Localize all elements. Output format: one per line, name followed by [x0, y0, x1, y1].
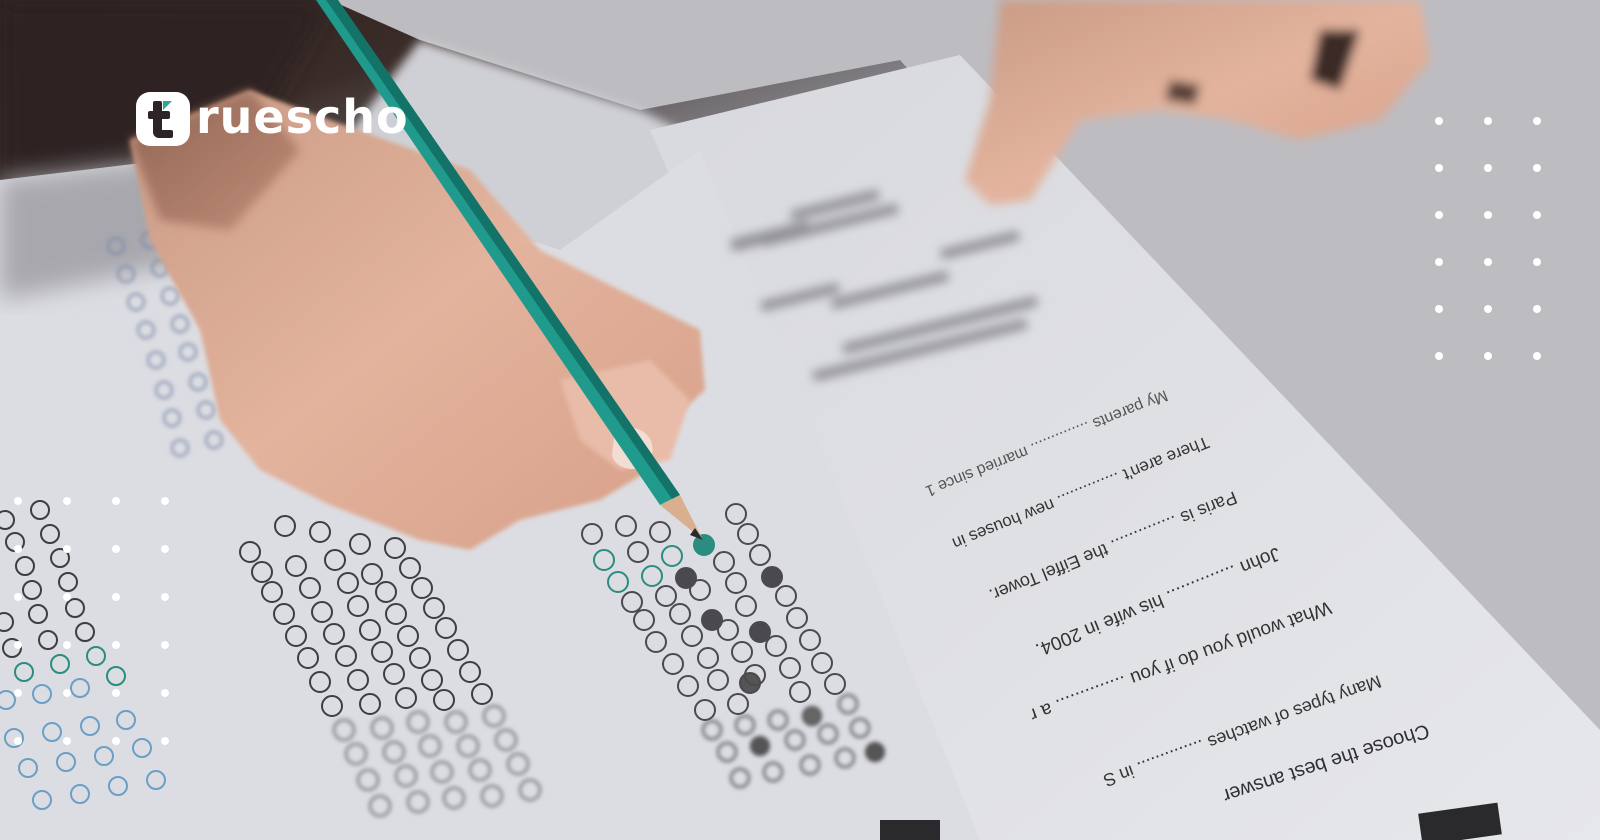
- dot-icon: [1533, 305, 1541, 313]
- dot-icon: [1484, 211, 1492, 219]
- dot-icon: [1484, 117, 1492, 125]
- dot-icon: [161, 497, 169, 505]
- dot-icon: [63, 737, 71, 745]
- dot-icon: [1435, 305, 1443, 313]
- dot-icon: [161, 593, 169, 601]
- dot-icon: [1435, 211, 1443, 219]
- dot-icon: [14, 497, 22, 505]
- dot-icon: [63, 689, 71, 697]
- dot-icon: [1533, 117, 1541, 125]
- dot-icon: [112, 641, 120, 649]
- dot-icon: [112, 689, 120, 697]
- dot-icon: [1484, 305, 1492, 313]
- dot-icon: [1533, 352, 1541, 360]
- dot-icon: [1435, 117, 1443, 125]
- dot-icon: [1484, 352, 1492, 360]
- dot-icon: [112, 593, 120, 601]
- photo-scene: Choose the best answer Many types of wat…: [0, 0, 1600, 840]
- dot-icon: [63, 497, 71, 505]
- dot-grid-right: [1435, 117, 1541, 360]
- dot-icon: [14, 641, 22, 649]
- dot-icon: [1484, 164, 1492, 172]
- logo-t-icon: [136, 92, 190, 146]
- dot-icon: [63, 593, 71, 601]
- dot-icon: [1533, 211, 1541, 219]
- dot-icon: [14, 545, 22, 553]
- dot-icon: [161, 641, 169, 649]
- dot-icon: [1533, 164, 1541, 172]
- dot-icon: [161, 737, 169, 745]
- dot-grid-left: [14, 497, 169, 745]
- dot-icon: [63, 545, 71, 553]
- dot-icon: [1435, 164, 1443, 172]
- brand-logo[interactable]: ruescho: [136, 92, 409, 146]
- dot-icon: [14, 593, 22, 601]
- dot-icon: [112, 737, 120, 745]
- dot-icon: [1484, 258, 1492, 266]
- dot-icon: [14, 737, 22, 745]
- logo-wordmark: ruescho: [196, 90, 409, 144]
- dot-icon: [1435, 258, 1443, 266]
- dot-icon: [161, 545, 169, 553]
- dot-icon: [1435, 352, 1443, 360]
- dot-icon: [112, 497, 120, 505]
- dot-icon: [161, 689, 169, 697]
- dot-icon: [14, 689, 22, 697]
- dot-icon: [1533, 258, 1541, 266]
- dot-icon: [63, 641, 71, 649]
- dot-icon: [112, 545, 120, 553]
